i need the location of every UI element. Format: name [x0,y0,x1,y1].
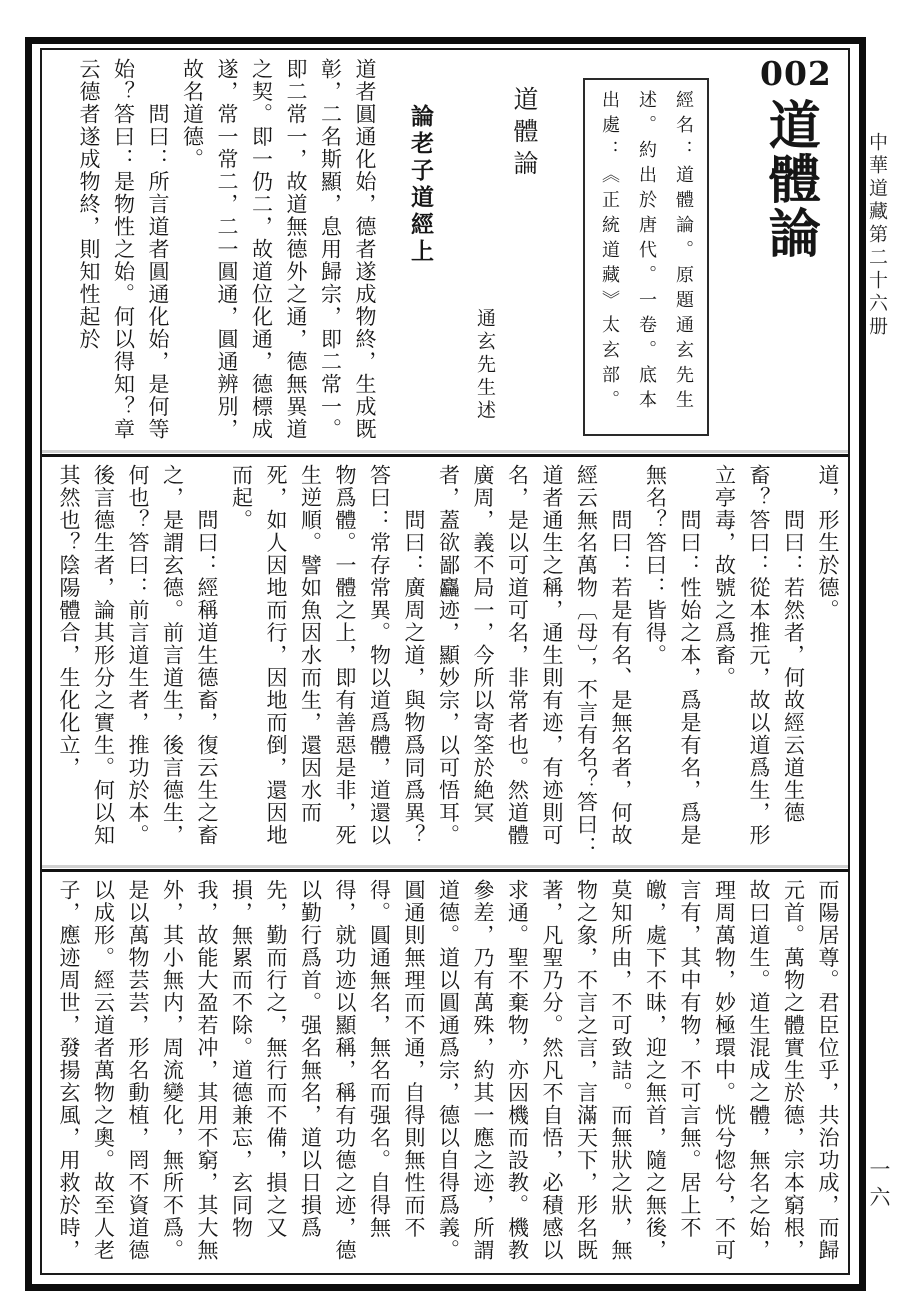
band-middle-text: 道，形生於德。問曰：若然者，何故經云道生德畜？答曰：從本推元，故以道爲生，形立亭… [46,464,845,862]
volume-label: 中華道藏第二十六册 [864,132,900,1032]
band-separator [42,454,849,457]
biblio-box: 經名：道體論。原題通玄先生述。約出於唐代。一卷。底本出處：《正統道藏》太玄部。 [583,78,709,436]
paragraph: 而陽居尊。君臣位乎，共治功成，而歸元首。萬物之體實生於德，宗本窮根，故曰道生。道… [46,879,845,1273]
inner-border-frame: 002 道體論 經名：道體論。原題通玄先生述。約出於唐代。一卷。底本出處：《正統… [40,48,850,1275]
treatise-number: 002 [760,56,818,92]
band-top-text: 道者圓通化始，德者遂成物終，生成既彰，二名斯顯，息用歸宗，即二常一。即二常一，故… [46,58,382,450]
paragraph: 問曰：性始之本，爲是有名，爲是無名？答曰：皆得。 [638,464,707,862]
paragraph: 道者圓通化始，德者遂成物終，生成既彰，二名斯顯，息用歸宗，即二常一。即二常一，故… [175,58,382,450]
paragraph: 問曰：若是有名、是無名者，何故經云無名萬物〔母〕，不言有名？答曰：道者通生之稱，… [431,464,638,862]
volume-number: 第二十六册 [864,224,891,339]
section-title: 道體論 [506,86,542,182]
paragraph: 問曰：廣周之道，與物爲同爲異？答曰：常存常異。物以道爲體，道還以物爲體。一體之上… [224,464,431,862]
paragraph: 問曰：經稱道生德畜，復云生之畜之，是謂玄德。前言道生，後言德生，何也？答曰：前言… [52,464,225,862]
page-number: 一六 [864,1158,894,1214]
band-separator [42,869,849,872]
author-attribution: 通玄先生述 [472,308,499,423]
collection-name: 中華道藏 [866,132,888,224]
paragraph: 問曰：所言道者圓通化始，是何等始？答曰：是物性之始。何以得知？章云德者遂成物終，… [72,58,176,450]
paragraph: 問曰：若然者，何故經云道生德畜？答曰：從本推元，故以道爲生，形立亭毒，故號之爲畜… [707,464,811,862]
biblio-note: 經名：道體論。原題通玄先生述。約出於唐代。一卷。底本出處：《正統道藏》太玄部。 [590,90,702,424]
treatise-title: 道體論 [762,98,817,260]
paragraph: 道，形生於德。 [811,464,846,862]
scanned-book-page: 中華道藏第二十六册 一六 002 道體論 經名：道體論。原題通玄先生述。約出於唐… [0,0,900,1300]
treatise-header: 002 道體論 [760,56,818,260]
band-bottom-text: 而陽居尊。君臣位乎，共治功成，而歸元首。萬物之體實生於德，宗本窮根，故曰道生。道… [46,879,845,1273]
chapter-heading: 論老子道經上 [404,104,437,266]
